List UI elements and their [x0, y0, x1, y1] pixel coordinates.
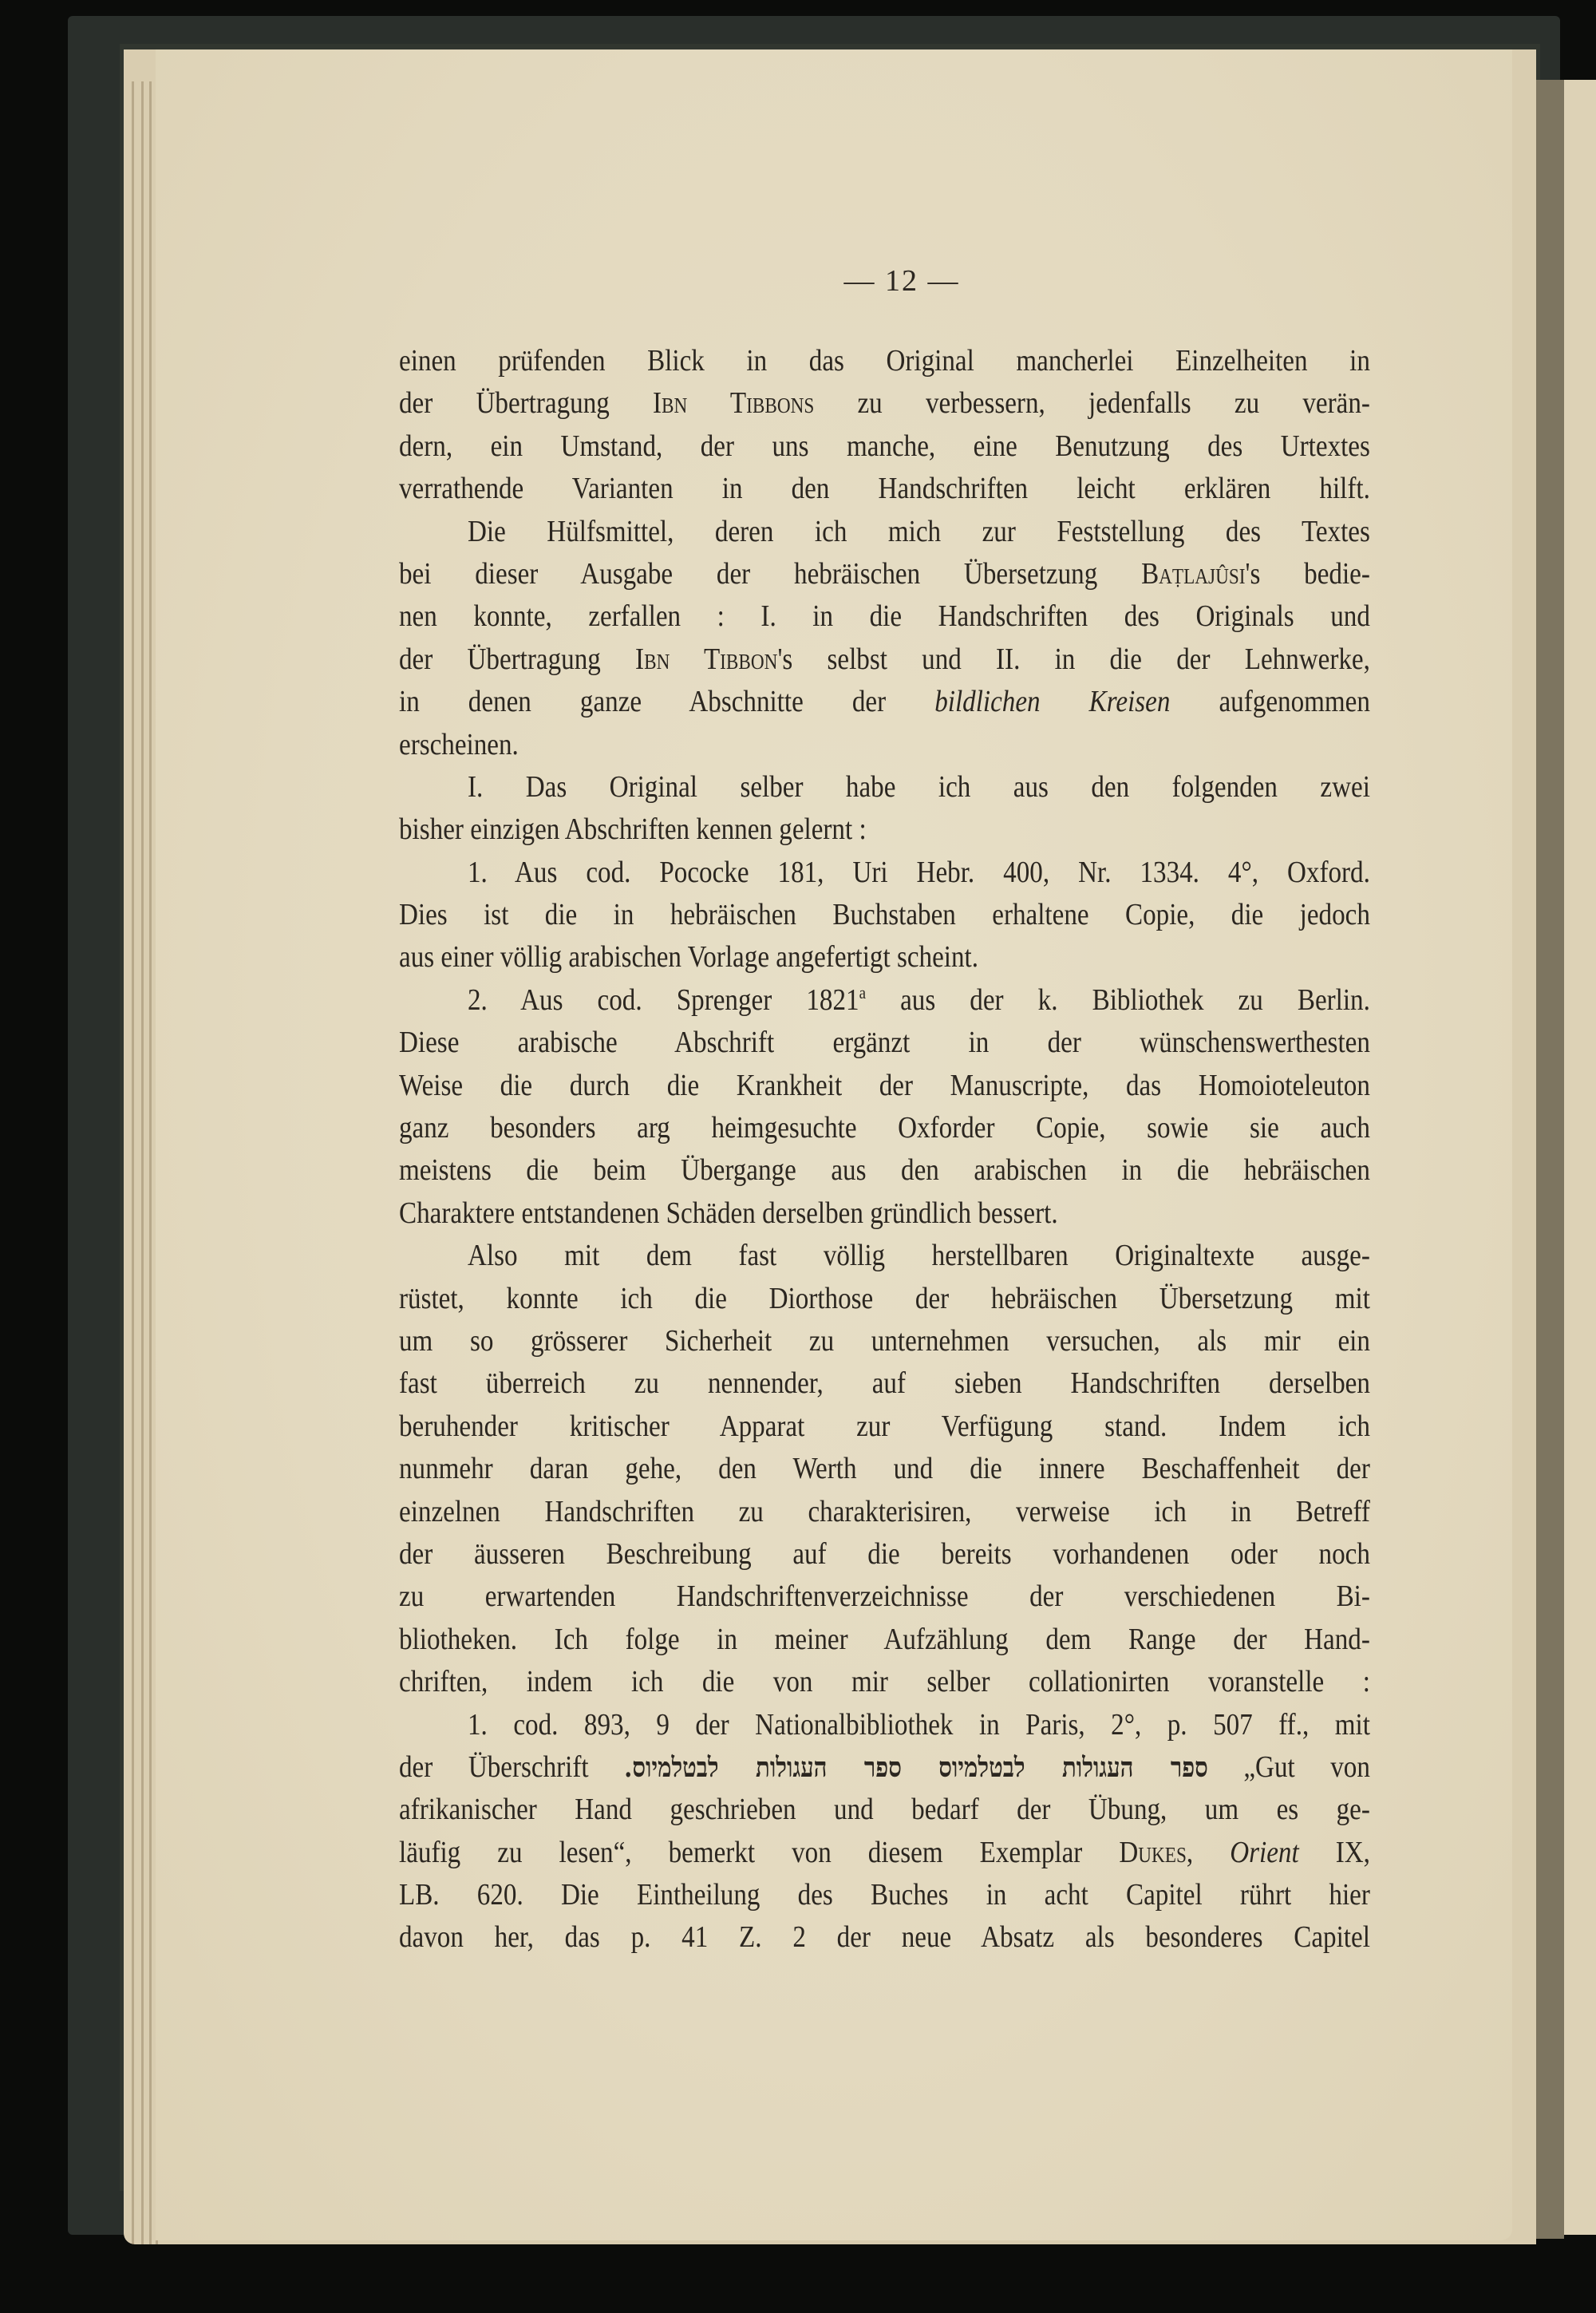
text-span: läufig zu lesen“, bemerkt von diesem Exe… — [399, 1836, 1119, 1869]
text-line: verrathende Varianten in den Handschrift… — [399, 468, 1370, 510]
text-line: nunmehr daran gehe, den Werth und die in… — [399, 1448, 1370, 1490]
text-span: , — [1187, 1836, 1230, 1869]
page-edge-line — [149, 81, 152, 2244]
paragraph-start: Die Hülfsmittel, deren ich mich zur Fest… — [399, 511, 1370, 553]
text-line: meistens die beim Übergange aus den arab… — [399, 1149, 1370, 1192]
text-line: fast überreich zu nennender, auf sieben … — [399, 1362, 1370, 1405]
text-line: läufig zu lesen“, bemerkt von diesem Exe… — [399, 1832, 1370, 1874]
work-title: bildlichen Kreisen — [934, 685, 1170, 718]
text-line: um so grösserer Sicherheit zu unternehme… — [399, 1320, 1370, 1362]
text-line: Charaktere entstandenen Schäden derselbe… — [399, 1192, 1370, 1235]
text-line: Diese arabische Abschrift ergänzt in der… — [399, 1022, 1370, 1064]
text-span: IX, — [1299, 1836, 1370, 1869]
text-span: in denen ganze Abschnitte der — [399, 685, 934, 718]
text-line: zu erwartenden Handschriftenverzeichniss… — [399, 1576, 1370, 1618]
text-line: davon her, das p. 41 Z. 2 der neue Absat… — [399, 1916, 1370, 1959]
text-line: Weise die durch die Krankheit der Manusc… — [399, 1065, 1370, 1107]
text-line: bliotheken. Ich folge in meiner Aufzählu… — [399, 1619, 1370, 1661]
page-number: — 12 — — [431, 263, 1373, 299]
list-item-start: 1. Aus cod. Pococke 181, Uri Hebr. 400, … — [399, 852, 1370, 894]
text-span: „Gut von — [1208, 1750, 1370, 1784]
author-name: Ibn Tibbons — [653, 386, 814, 420]
page-edge-line — [141, 81, 144, 2244]
text-line: einen prüfenden Blick in das Original ma… — [399, 340, 1370, 382]
text-span: 's bedie- — [1246, 557, 1370, 591]
text-line: erscheinen. — [399, 724, 1370, 766]
text-span: 's selbst und II. in die der Lehnwerke, — [777, 642, 1369, 676]
list-item-start: 2. Aus cod. Sprenger 1821a aus der k. Bi… — [399, 979, 1370, 1022]
text-line: der äusseren Beschreibung auf die bereit… — [399, 1533, 1370, 1576]
author-name: Baṭlajûsi — [1141, 557, 1245, 591]
text-span: bei dieser Ausgabe der hebräischen Übers… — [399, 557, 1141, 591]
superscript: a — [859, 983, 866, 1002]
author-name: Dukes — [1119, 1836, 1187, 1869]
text-span: aus der k. Bibliothek zu Berlin. — [866, 983, 1370, 1017]
text-span: der Übertragung — [399, 642, 635, 676]
text-line: ganz besonders arg heimgesuchte Oxforder… — [399, 1107, 1370, 1149]
text-line: dern, ein Umstand, der uns manche, eine … — [399, 425, 1370, 468]
text-line: Dies ist die in hebräischen Buchstaben e… — [399, 894, 1370, 936]
text-line: beruhender kritischer Apparat zur Verfüg… — [399, 1406, 1370, 1448]
hebrew-title: ספר העגולות לבטלמיוס ספר העגולות לבטלמיו… — [624, 1752, 1208, 1784]
paragraph-start: I. Das Original selber habe ich aus den … — [399, 766, 1370, 809]
page-edge-line — [132, 81, 134, 2244]
text-line: der Übertragung Ibn Tibbon's selbst und … — [399, 639, 1370, 681]
text-line: der Übertragung Ibn Tibbons zu verbesser… — [399, 382, 1370, 425]
text-line: bisher einzigen Abschriften kennen geler… — [399, 809, 1370, 851]
text-line: afrikanischer Hand geschrieben und bedar… — [399, 1789, 1370, 1831]
paragraph-start: Also mit dem fast völlig herstellbaren O… — [399, 1235, 1370, 1277]
text-span: der Überschrift — [399, 1750, 624, 1784]
page-content: — 12 — einen prüfenden Blick in das Orig… — [399, 263, 1373, 1959]
text-line: rüstet, konnte ich die Diorthose der heb… — [399, 1278, 1370, 1320]
text-span: der Übertragung — [399, 386, 653, 420]
text-line: chriften, indem ich die von mir selber c… — [399, 1661, 1370, 1703]
text-line: in denen ganze Abschnitte der bildlichen… — [399, 681, 1370, 723]
text-span: 2. Aus cod. Sprenger 1821 — [468, 983, 859, 1017]
text-span: aufgenommen — [1170, 685, 1369, 718]
text-line: der Überschrift ספר העגולות לבטלמיוס ספר… — [399, 1746, 1370, 1789]
text-line: nen konnte, zerfallen : I. in die Handsc… — [399, 595, 1370, 638]
text-line: LB. 620. Die Eintheilung des Buches in a… — [399, 1874, 1370, 1916]
text-line: bei dieser Ausgabe der hebräischen Übers… — [399, 553, 1370, 595]
text-line: einzelnen Handschriften zu charakterisir… — [399, 1491, 1370, 1533]
text-span: zu verbessern, jedenfalls zu verän- — [814, 386, 1370, 420]
list-item-start: 1. cod. 893, 9 der Nationalbibliothek in… — [399, 1704, 1370, 1746]
author-name: Ibn Tibbon — [635, 642, 777, 676]
work-title: Orient — [1230, 1836, 1298, 1869]
text-line: aus einer völlig arabischen Vorlage ange… — [399, 936, 1370, 979]
